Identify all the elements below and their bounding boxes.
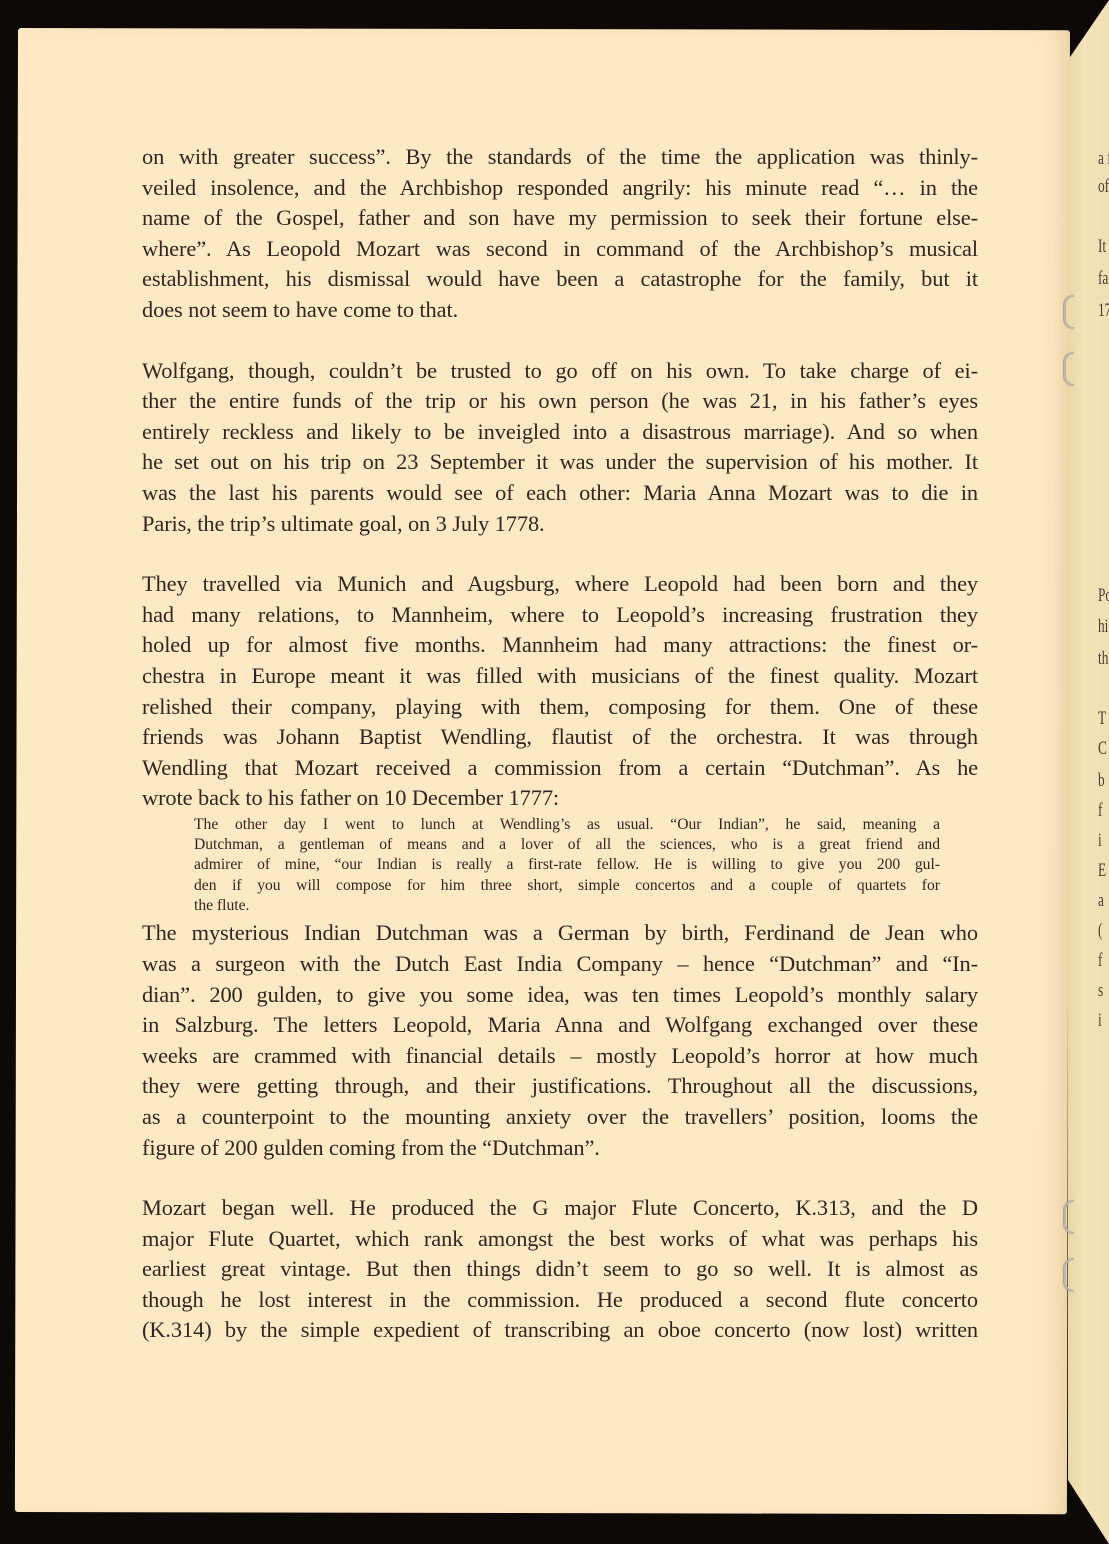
text-line: had many relations, to Mannheim, where t… [142, 600, 978, 631]
text-line: entirely reckless and likely to be invei… [142, 417, 978, 448]
text-line: veiled insolence, and the Archbishop res… [142, 173, 978, 204]
text-line: in Salzburg. The letters Leopold, Maria … [142, 1010, 978, 1041]
text-line: relished their company, playing with the… [142, 692, 978, 723]
quote-line: the flute. [194, 896, 940, 916]
paragraph: Wolfgang, though, couldn’t be trusted to… [142, 356, 978, 540]
next-page-fragment: a fe [1098, 148, 1109, 170]
next-page-fragment: T [1098, 708, 1106, 730]
scanned-book-page: a fe of r It w fac 17 Po hi th T C b f i… [0, 0, 1109, 1544]
text-line: friends was Johann Baptist Wendling, fla… [142, 722, 978, 753]
block-quote: The other day I went to lunch at Wendlin… [194, 815, 940, 916]
text-line: does not seem to have come to that. [142, 295, 978, 326]
next-page-fragment: fac [1098, 268, 1109, 290]
next-page-fragment: f [1098, 950, 1102, 972]
text-line: chestra in Europe meant it was filled wi… [142, 661, 978, 692]
text-line: weeks are crammed with financial details… [142, 1041, 978, 1072]
next-page-fragment: i [1098, 1010, 1102, 1032]
next-page-fragment: C [1098, 738, 1107, 760]
quote-line: den if you will compose for him three sh… [194, 876, 940, 896]
text-line: establishment, his dismissal would have … [142, 264, 978, 295]
paragraph: Mozart began well. He produced the G maj… [142, 1193, 978, 1346]
text-line: earliest great vintage. But then things … [142, 1254, 978, 1285]
text-line: (K.314) by the simple expedient of trans… [142, 1315, 978, 1346]
next-page-fragment: Po [1098, 585, 1109, 607]
paragraph: on with greater success”. By the standar… [142, 142, 978, 326]
text-line: where”. As Leopold Mozart was second in … [142, 234, 978, 265]
paragraph: The mysterious Indian Dutchman was a Ger… [142, 918, 978, 1163]
next-page-fragment: th [1098, 648, 1108, 670]
next-page-fragment: It w [1098, 236, 1109, 258]
text-line: The mysterious Indian Dutchman was a Ger… [142, 918, 978, 949]
next-page-edge: a fe of r It w fac 17 Po hi th T C b f i… [1068, 0, 1109, 1544]
text-line: They travelled via Munich and Augsburg, … [142, 569, 978, 600]
staple-icon [1064, 295, 1074, 329]
next-page-fragment: ( [1098, 920, 1102, 942]
text-line: though he lost interest in the commissio… [142, 1285, 978, 1316]
next-page-fragment: 17 [1098, 300, 1109, 322]
text-line: name of the Gospel, father and son have … [142, 203, 978, 234]
staple-icon [1064, 352, 1074, 386]
next-page-fragment: f [1098, 800, 1102, 822]
text-line: on with greater success”. By the standar… [142, 142, 978, 173]
text-line: holed up for almost five months. Mannhei… [142, 630, 978, 661]
next-page-fragment: hi [1098, 616, 1108, 638]
paragraph: They travelled via Munich and Augsburg, … [142, 569, 978, 814]
body-text: on with greater success”. By the standar… [142, 142, 978, 1376]
text-line: Paris, the trip’s ultimate goal, on 3 Ju… [142, 509, 978, 540]
text-line: ther the entire funds of the trip or his… [142, 386, 978, 417]
staple-icon [1064, 1200, 1074, 1234]
staple-icon [1064, 1258, 1074, 1292]
next-page-fragment: i [1098, 830, 1102, 852]
text-line: Mozart began well. He produced the G maj… [142, 1193, 978, 1224]
next-page-fragment: of r [1098, 176, 1109, 198]
text-line: major Flute Quartet, which rank amongst … [142, 1224, 978, 1255]
text-line: was the last his parents would see of ea… [142, 478, 978, 509]
next-page-fragment: a [1098, 890, 1104, 912]
text-line: as a counterpoint to the mounting anxiet… [142, 1102, 978, 1133]
text-line: he set out on his trip on 23 September i… [142, 447, 978, 478]
text-line: was a surgeon with the Dutch East India … [142, 949, 978, 980]
next-page-fragment: s [1098, 980, 1103, 1002]
next-page-fragment: E [1098, 860, 1106, 882]
quote-line: The other day I went to lunch at Wendlin… [194, 815, 940, 835]
quote-line: admirer of mine, “our Indian is really a… [194, 855, 940, 875]
text-line: Wolfgang, though, couldn’t be trusted to… [142, 356, 978, 387]
text-line: figure of 200 gulden coming from the “Du… [142, 1133, 978, 1164]
quote-line: Dutchman, a gentleman of means and a lov… [194, 835, 940, 855]
text-line: dian”. 200 gulden, to give you some idea… [142, 980, 978, 1011]
text-line: they were getting through, and their jus… [142, 1071, 978, 1102]
text-line: wrote back to his father on 10 December … [142, 783, 978, 814]
next-page-fragment: b [1098, 770, 1105, 792]
text-line: Wendling that Mozart received a commissi… [142, 753, 978, 784]
